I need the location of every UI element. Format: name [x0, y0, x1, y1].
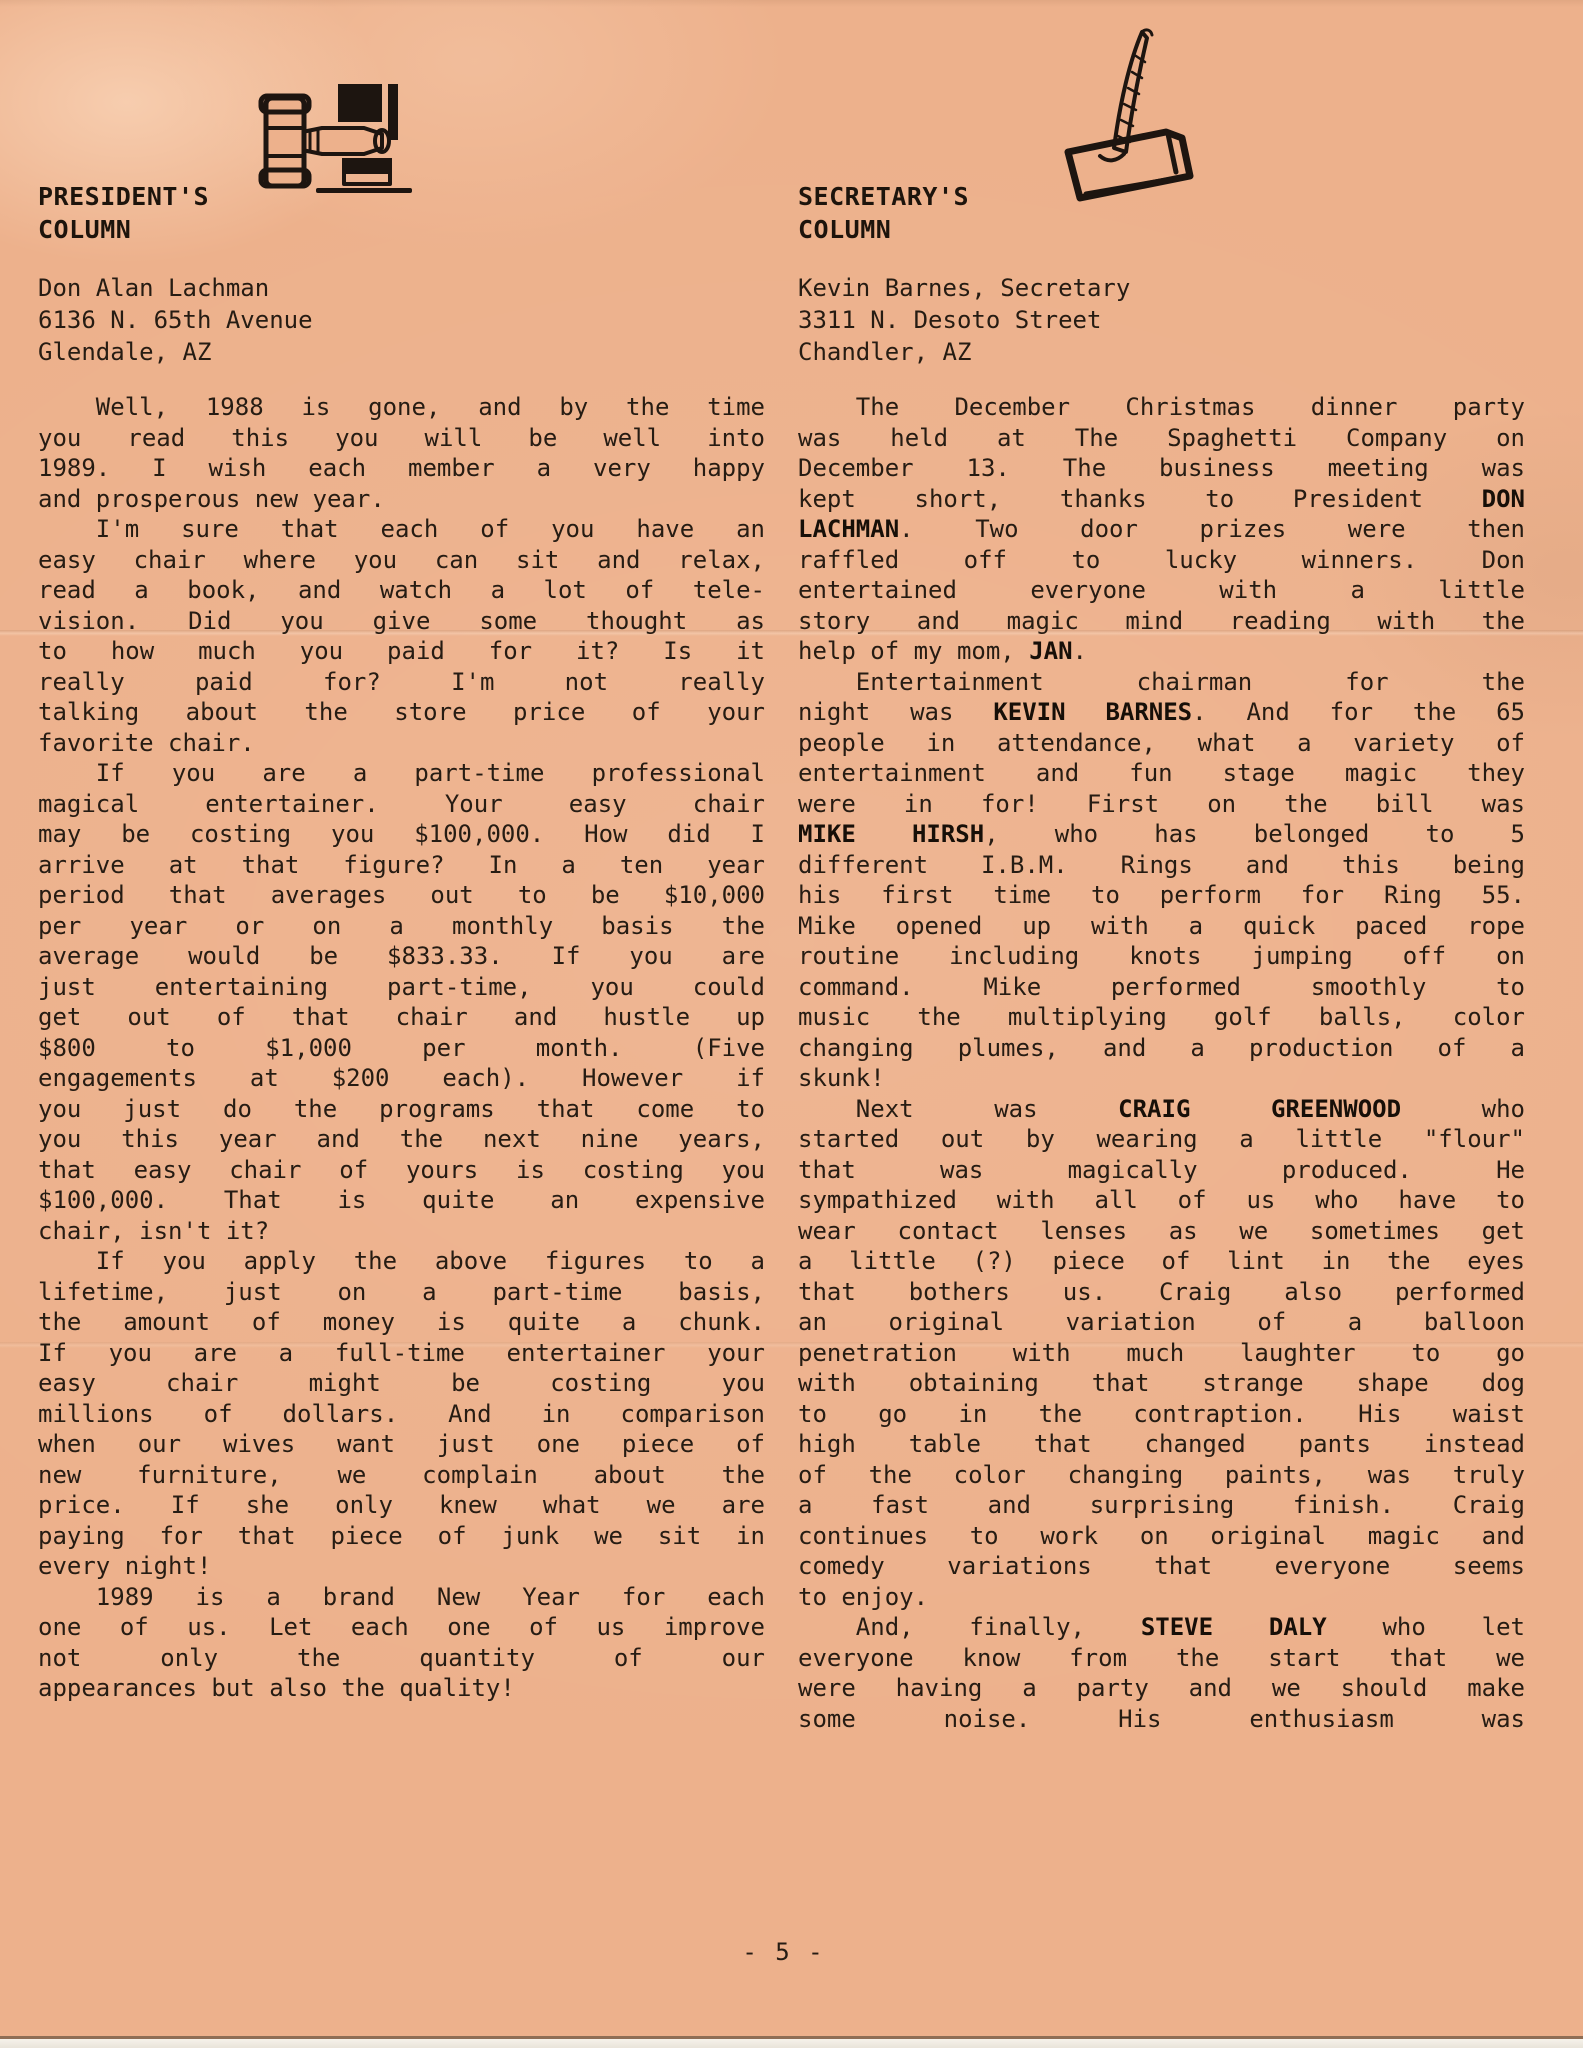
text-line: entertained everyone with a little: [798, 575, 1525, 606]
heading-line: COLUMN: [798, 213, 1525, 246]
newsletter-page: PRESIDENT'S COLUMN Don Alan Lachman 6136…: [0, 0, 1583, 2048]
text-line: help of my mom, JAN.: [798, 636, 1525, 667]
text-line: was held at The Spaghetti Company on: [798, 423, 1525, 454]
page-number: - 5 -: [0, 1938, 1567, 1966]
text-line: to enjoy.: [798, 1582, 1525, 1613]
text-line: read a book, and watch a lot of tele-: [38, 575, 765, 606]
secretarys-column-heading: SECRETARY'S COLUMN: [798, 180, 1525, 246]
text-line: If you are a full-time entertainer your: [38, 1338, 765, 1369]
byline-street: 6136 N. 65th Avenue: [38, 304, 765, 336]
text-line: Entertainment chairman for the: [798, 667, 1525, 698]
text-line: kept short, thanks to President DON: [798, 484, 1525, 515]
text-line: every night!: [38, 1551, 765, 1582]
text-line: may be costing you $100,000. How did I: [38, 819, 765, 850]
text-line: millions of dollars. And in comparison: [38, 1399, 765, 1430]
text-line: people in attendance, what a variety of: [798, 728, 1525, 759]
text-line: magical entertainer. Your easy chair: [38, 789, 765, 820]
text-line: a little (?) piece of lint in the eyes: [798, 1246, 1525, 1277]
text-line: period that averages out to be $10,000: [38, 880, 765, 911]
heading-line: PRESIDENT'S: [38, 180, 765, 213]
text-line: price. If she only knew what we are: [38, 1490, 765, 1521]
text-line: And, finally, STEVE DALY who let: [798, 1612, 1525, 1643]
text-line: command. Mike performed smoothly to: [798, 972, 1525, 1003]
byline-name: Don Alan Lachman: [38, 272, 765, 304]
text-line: some noise. His enthusiasm was: [798, 1704, 1525, 1735]
byline-street: 3311 N. Desoto Street: [798, 304, 1525, 336]
text-line: that was magically produced. He: [798, 1155, 1525, 1186]
text-line: appearances but also the quality!: [38, 1673, 765, 1704]
secretarys-column-body: The December Christmas dinner partywas h…: [798, 392, 1525, 1734]
text-line: of the color changing paints, was truly: [798, 1460, 1525, 1491]
text-line: you this year and the next nine years,: [38, 1124, 765, 1155]
secretarys-column: SECRETARY'S COLUMN Kevin Barnes, Secreta…: [798, 180, 1525, 1734]
text-line: MIKE HIRSH, who has belonged to 5: [798, 819, 1525, 850]
text-line: really paid for? I'm not really: [38, 667, 765, 698]
text-line: Mike opened up with a quick paced rope: [798, 911, 1525, 942]
text-line: December 13. The business meeting was: [798, 453, 1525, 484]
text-line: that easy chair of yours is costing you: [38, 1155, 765, 1186]
text-line: new furniture, we complain about the: [38, 1460, 765, 1491]
text-line: with obtaining that strange shape dog: [798, 1368, 1525, 1399]
text-line: everyone know from the start that we: [798, 1643, 1525, 1674]
text-line: an original variation of a balloon: [798, 1307, 1525, 1338]
text-line: high table that changed pants instead: [798, 1429, 1525, 1460]
text-line: routine including knots jumping off on: [798, 941, 1525, 972]
text-line: started out by wearing a little "flour": [798, 1124, 1525, 1155]
text-line: skunk!: [798, 1063, 1525, 1094]
text-line: If you apply the above figures to a: [38, 1246, 765, 1277]
text-line: to go in the contraption. His waist: [798, 1399, 1525, 1430]
text-line: you read this you will be well into: [38, 423, 765, 454]
text-line: and prosperous new year.: [38, 484, 765, 515]
text-line: continues to work on original magic and: [798, 1521, 1525, 1552]
heading-line: COLUMN: [38, 213, 765, 246]
text-line: easy chair where you can sit and relax,: [38, 545, 765, 576]
text-line: the amount of money is quite a chunk.: [38, 1307, 765, 1338]
text-line: one of us. Let each one of us improve: [38, 1612, 765, 1643]
text-line: Next was CRAIG GREENWOOD who: [798, 1094, 1525, 1125]
text-line: LACHMAN. Two door prizes were then: [798, 514, 1525, 545]
text-line: raffled off to lucky winners. Don: [798, 545, 1525, 576]
text-line: sympathized with all of us who have to: [798, 1185, 1525, 1216]
heading-line: SECRETARY'S: [798, 180, 1525, 213]
text-line: penetration with much laughter to go: [798, 1338, 1525, 1369]
text-line: not only the quantity of our: [38, 1643, 765, 1674]
text-line: were having a party and we should make: [798, 1673, 1525, 1704]
text-line: changing plumes, and a production of a: [798, 1033, 1525, 1064]
text-line: lifetime, just on a part-time basis,: [38, 1277, 765, 1308]
text-line: night was KEVIN BARNES. And for the 65: [798, 697, 1525, 728]
text-line: $800 to $1,000 per month. (Five: [38, 1033, 765, 1064]
text-line: arrive at that figure? In a ten year: [38, 850, 765, 881]
presidents-column-body: Well, 1988 is gone, and by the timeyou r…: [38, 392, 765, 1704]
text-line: just entertaining part-time, you could: [38, 972, 765, 1003]
byline-city: Chandler, AZ: [798, 336, 1525, 368]
text-line: easy chair might be costing you: [38, 1368, 765, 1399]
text-line: you just do the programs that come to: [38, 1094, 765, 1125]
text-line: story and magic mind reading with the: [798, 606, 1525, 637]
text-line: entertainment and fun stage magic they: [798, 758, 1525, 789]
text-line: The December Christmas dinner party: [798, 392, 1525, 423]
text-line: favorite chair.: [38, 728, 765, 759]
text-line: paying for that piece of junk we sit in: [38, 1521, 765, 1552]
text-line: engagements at $200 each). However if: [38, 1063, 765, 1094]
byline-name: Kevin Barnes, Secretary: [798, 272, 1525, 304]
secretarys-column-byline: Kevin Barnes, Secretary 3311 N. Desoto S…: [798, 272, 1525, 368]
text-line: when our wives want just one piece of: [38, 1429, 765, 1460]
paper-bottom-edge: [0, 2036, 1583, 2048]
text-line: average would be $833.33. If you are: [38, 941, 765, 972]
text-line: comedy variations that everyone seems: [798, 1551, 1525, 1582]
text-line: his first time to perform for Ring 55.: [798, 880, 1525, 911]
text-line: were in for! First on the bill was: [798, 789, 1525, 820]
text-line: $100,000. That is quite an expensive: [38, 1185, 765, 1216]
text-line: Well, 1988 is gone, and by the time: [38, 392, 765, 423]
text-line: different I.B.M. Rings and this being: [798, 850, 1525, 881]
text-line: to how much you paid for it? Is it: [38, 636, 765, 667]
text-line: chair, isn't it?: [38, 1216, 765, 1247]
text-line: music the multiplying golf balls, color: [798, 1002, 1525, 1033]
text-line: If you are a part-time professional: [38, 758, 765, 789]
text-line: that bothers us. Craig also performed: [798, 1277, 1525, 1308]
text-line: 1989 is a brand New Year for each: [38, 1582, 765, 1613]
text-line: get out of that chair and hustle up: [38, 1002, 765, 1033]
byline-city: Glendale, AZ: [38, 336, 765, 368]
text-line: talking about the store price of your: [38, 697, 765, 728]
text-line: vision. Did you give some thought as: [38, 606, 765, 637]
text-line: a fast and surprising finish. Craig: [798, 1490, 1525, 1521]
text-line: 1989. I wish each member a very happy: [38, 453, 765, 484]
text-line: wear contact lenses as we sometimes get: [798, 1216, 1525, 1247]
text-line: per year or on a monthly basis the: [38, 911, 765, 942]
presidents-column: PRESIDENT'S COLUMN Don Alan Lachman 6136…: [38, 180, 765, 1704]
presidents-column-heading: PRESIDENT'S COLUMN: [38, 180, 765, 246]
text-line: I'm sure that each of you have an: [38, 514, 765, 545]
presidents-column-byline: Don Alan Lachman 6136 N. 65th Avenue Gle…: [38, 272, 765, 368]
